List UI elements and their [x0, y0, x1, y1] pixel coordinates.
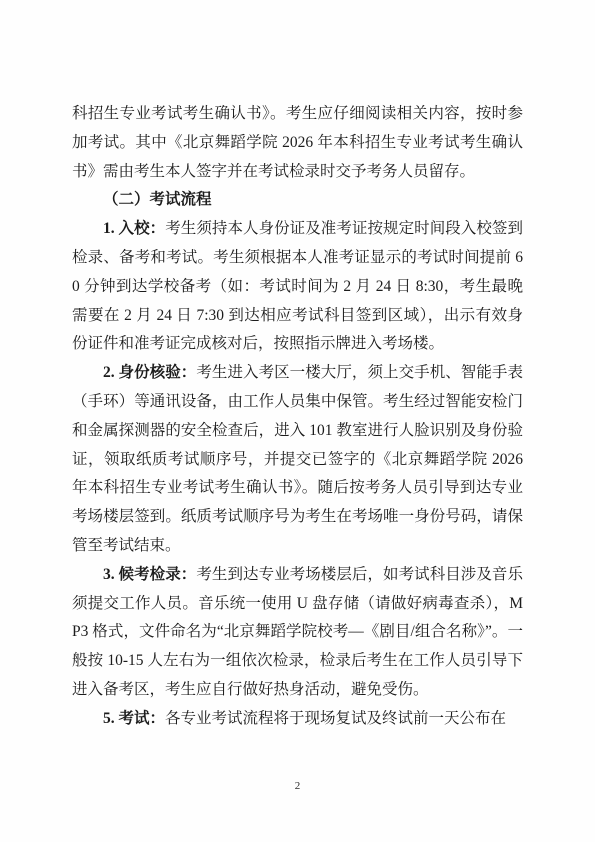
procedure-item-identity-check-label: 2. 身份核验： — [103, 364, 196, 381]
procedure-item-identity-check: 2. 身份核验：考生进入考区一楼大厅，须上交手机、智能手表（手环）等通讯设备，由… — [72, 359, 523, 561]
procedure-item-identity-check-text: 考生进入考区一楼大厅，须上交手机、智能手表（手环）等通讯设备，由工作人员集中保管… — [72, 364, 523, 554]
page-number: 2 — [0, 780, 595, 792]
paragraph-continuation: 科招生专业考试考生确认书》。考生应仔细阅读相关内容，按时参加考试。其中《北京舞蹈… — [72, 100, 523, 186]
procedure-item-exam: 5. 考试：各专业考试流程将于现场复试及终试前一天公布在 — [72, 705, 523, 734]
document-page: 科招生专业考试考生确认书》。考生应仔细阅读相关内容，按时参加考试。其中《北京舞蹈… — [0, 0, 595, 842]
procedure-item-waiting-checkin: 3. 候考检录：考生到达专业考场楼层后，如考试科目涉及音乐须提交工作人员。音乐统… — [72, 561, 523, 705]
procedure-item-entry: 1. 入校：考生须持本人身份证及准考证按规定时间段入校签到检录、备考和考试。考生… — [72, 215, 523, 359]
procedure-item-entry-label: 1. 入校： — [103, 220, 165, 237]
procedure-item-waiting-checkin-text: 考生到达专业考场楼层后，如考试科目涉及音乐须提交工作人员。音乐统一使用 U 盘存… — [72, 566, 523, 698]
procedure-item-entry-text: 考生须持本人身份证及准考证按规定时间段入校签到检录、备考和考试。考生须根据本人准… — [72, 220, 523, 352]
procedure-item-waiting-checkin-label: 3. 候考检录： — [103, 566, 196, 583]
document-body: 科招生专业考试考生确认书》。考生应仔细阅读相关内容，按时参加考试。其中《北京舞蹈… — [72, 100, 523, 734]
procedure-item-exam-label: 5. 考试： — [103, 710, 165, 727]
procedure-item-exam-text: 各专业考试流程将于现场复试及终试前一天公布在 — [165, 710, 506, 727]
section-heading: （二）考试流程 — [72, 186, 523, 215]
